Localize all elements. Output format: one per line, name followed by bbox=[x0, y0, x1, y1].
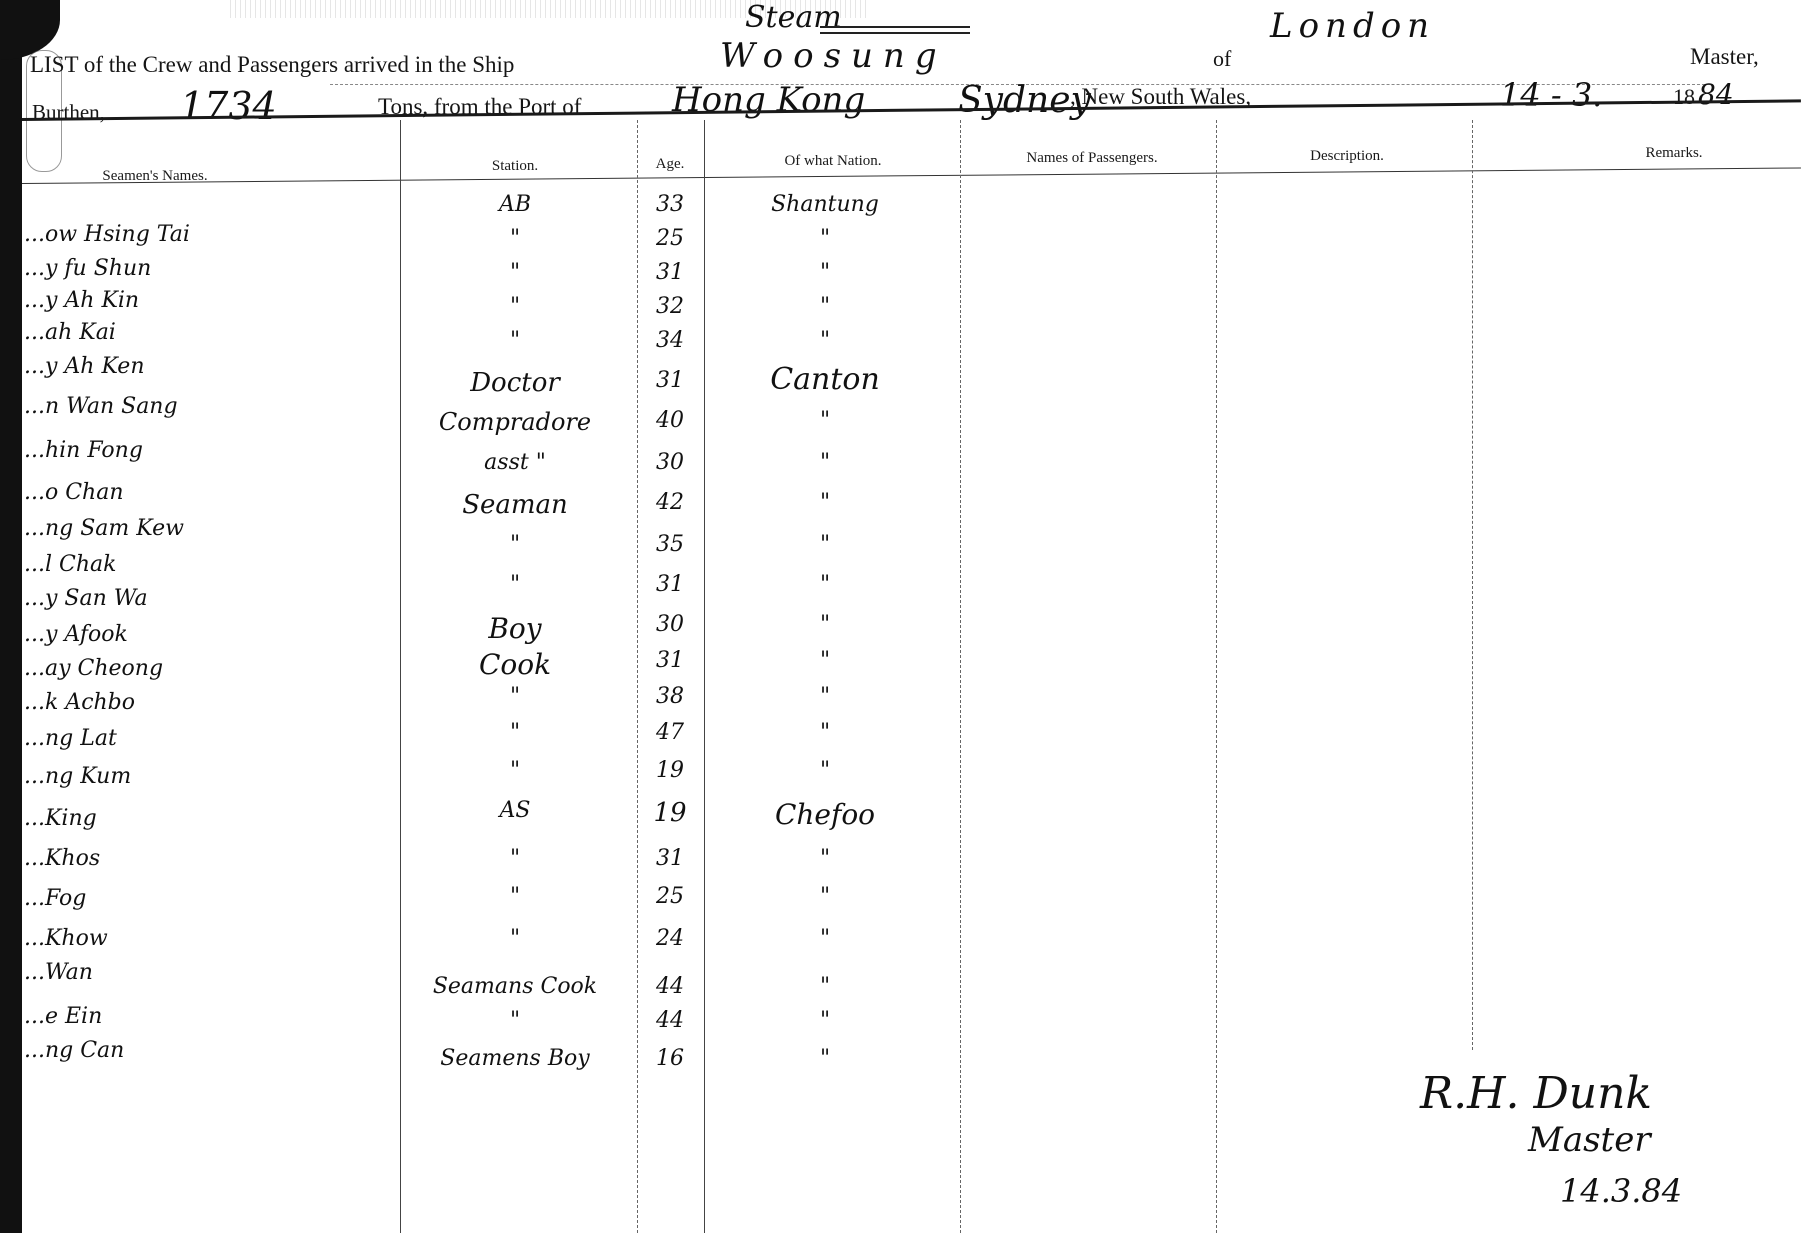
nation: " bbox=[715, 926, 935, 951]
master-label: Master, bbox=[1690, 44, 1759, 70]
nation: " bbox=[715, 1046, 935, 1071]
table-row: ...ng Kum " 19 " bbox=[0, 758, 1801, 790]
from-port: Hong Kong bbox=[672, 80, 865, 120]
col-header-remarks: Remarks. bbox=[1645, 145, 1702, 162]
age: 44 bbox=[640, 1008, 700, 1033]
col-header-seamens-names: Seamen's Names. bbox=[102, 168, 207, 185]
age: 24 bbox=[640, 926, 700, 951]
table-row: ...n Wan Sang Doctor 31 Canton bbox=[0, 368, 1801, 400]
year-suffix: 84 bbox=[1698, 78, 1734, 111]
title-prefix: LIST of the Crew and Passengers arrived … bbox=[30, 52, 514, 78]
header-bottom-rule bbox=[22, 167, 1801, 184]
table-row: ...Khos " 31 " bbox=[0, 846, 1801, 878]
age: 31 bbox=[640, 368, 700, 393]
double-rule bbox=[820, 26, 970, 34]
seaman-name: ...ng Kum bbox=[24, 764, 131, 789]
station: " bbox=[400, 572, 630, 597]
col-header-description: Description. bbox=[1310, 148, 1384, 165]
seaman-name: ...y Afook bbox=[24, 622, 128, 647]
station: " bbox=[400, 926, 630, 951]
table-row: ...ah Kai " 32 " bbox=[0, 294, 1801, 326]
arrival-date: 14 - 3. bbox=[1500, 76, 1602, 114]
station: Cook bbox=[400, 648, 630, 681]
col-header-station: Station. bbox=[492, 158, 538, 175]
age: 30 bbox=[640, 450, 700, 475]
station: Compradore bbox=[400, 408, 630, 436]
burthen-label: Burthen, bbox=[32, 100, 105, 125]
station: AB bbox=[400, 192, 630, 217]
nation: Shantung bbox=[715, 192, 935, 217]
nation: " bbox=[715, 884, 935, 909]
nation: " bbox=[715, 328, 935, 353]
seaman-name: ...Khow bbox=[24, 926, 108, 951]
age: 25 bbox=[640, 884, 700, 909]
of-label: of bbox=[1213, 46, 1231, 72]
age: 19 bbox=[640, 798, 700, 828]
year-prefix: 18 bbox=[1673, 84, 1695, 110]
nation: " bbox=[715, 648, 935, 673]
station: asst " bbox=[400, 450, 630, 475]
age: 32 bbox=[640, 294, 700, 319]
station: AS bbox=[400, 798, 630, 823]
station: " bbox=[400, 294, 630, 319]
station: " bbox=[400, 846, 630, 871]
crew-list-document: Steam LIST of the Crew and Passengers ar… bbox=[0, 0, 1801, 1233]
station: " bbox=[400, 758, 630, 783]
age: 25 bbox=[640, 226, 700, 251]
table-row: ...y Ah Kin " 31 " bbox=[0, 260, 1801, 292]
age: 30 bbox=[640, 612, 700, 637]
nation: " bbox=[715, 226, 935, 251]
table-row: ...ow Hsing Tai AB 33 Shantung bbox=[0, 192, 1801, 224]
station: " bbox=[400, 1008, 630, 1033]
seaman-name: ...ay Cheong bbox=[24, 656, 163, 681]
age: 33 bbox=[640, 192, 700, 217]
age: 16 bbox=[640, 1046, 700, 1071]
nation: " bbox=[715, 572, 935, 597]
age: 44 bbox=[640, 974, 700, 999]
table-row: ...King AS 19 Chefoo bbox=[0, 798, 1801, 830]
age: 31 bbox=[640, 572, 700, 597]
station: " bbox=[400, 226, 630, 251]
age: 38 bbox=[640, 684, 700, 709]
station: Seaman bbox=[400, 490, 630, 520]
nation: " bbox=[715, 720, 935, 745]
nation: " bbox=[715, 846, 935, 871]
age: 42 bbox=[640, 490, 700, 515]
age: 31 bbox=[640, 260, 700, 285]
seaman-name: ...ng Can bbox=[24, 1038, 124, 1063]
age: 31 bbox=[640, 846, 700, 871]
home-port: London bbox=[1270, 6, 1435, 46]
nation: Chefoo bbox=[715, 798, 935, 831]
station: " bbox=[400, 720, 630, 745]
table-row: ...y fu Shun " 25 " bbox=[0, 226, 1801, 258]
seaman-name: ...Wan bbox=[24, 960, 93, 985]
station: " bbox=[400, 684, 630, 709]
seaman-name: ...y San Wa bbox=[24, 586, 148, 611]
table-row: ...ng Sam Kew Seaman 42 " bbox=[0, 490, 1801, 522]
nation: " bbox=[715, 532, 935, 557]
table-row: ...y San Wa " 31 " bbox=[0, 572, 1801, 604]
station: " bbox=[400, 260, 630, 285]
table-row: ...k Achbo " 38 " bbox=[0, 684, 1801, 716]
table-row: ...Fog " 25 " bbox=[0, 884, 1801, 916]
col-header-nation: Of what Nation. bbox=[784, 153, 881, 170]
table-row: ...o Chan asst " 30 " bbox=[0, 450, 1801, 482]
master-signature: R.H. Dunk bbox=[1420, 1068, 1652, 1119]
signature-title: Master bbox=[1528, 1120, 1651, 1160]
seaman-name: ...King bbox=[24, 806, 97, 831]
nation: " bbox=[715, 974, 935, 999]
table-row: ...y Ah Ken " 34 " bbox=[0, 328, 1801, 360]
nation: Canton bbox=[715, 362, 935, 397]
nation: " bbox=[715, 758, 935, 783]
seaman-name: ...Khos bbox=[24, 846, 100, 871]
nation: " bbox=[715, 408, 935, 433]
seaman-name: ...k Achbo bbox=[24, 690, 135, 715]
table-row: ...ay Cheong Cook 31 " bbox=[0, 648, 1801, 680]
station: " bbox=[400, 884, 630, 909]
station: Seamans Cook bbox=[400, 974, 630, 999]
ship-name: Woosung bbox=[720, 36, 947, 76]
table-row: ...e Ein " 44 " bbox=[0, 1008, 1801, 1040]
station: " bbox=[400, 532, 630, 557]
table-row: ...Wan Seamans Cook 44 " bbox=[0, 974, 1801, 1006]
station: Doctor bbox=[400, 368, 630, 398]
nation: " bbox=[715, 294, 935, 319]
age: 31 bbox=[640, 648, 700, 673]
nation: " bbox=[715, 1008, 935, 1033]
table-row: ...Khow " 24 " bbox=[0, 926, 1801, 958]
col-header-passengers: Names of Passengers. bbox=[1026, 150, 1157, 167]
age: 34 bbox=[640, 328, 700, 353]
tonnage: 1734 bbox=[180, 84, 277, 128]
signature-date: 14.3.84 bbox=[1560, 1172, 1682, 1210]
table-row: ...hin Fong Compradore 40 " bbox=[0, 408, 1801, 440]
station: Boy bbox=[400, 612, 630, 645]
nation: " bbox=[715, 684, 935, 709]
seaman-name: ...e Ein bbox=[24, 1004, 102, 1029]
seaman-name: ...Fog bbox=[24, 886, 86, 911]
nation: " bbox=[715, 450, 935, 475]
table-row: ...l Chak " 35 " bbox=[0, 532, 1801, 564]
nation: " bbox=[715, 260, 935, 285]
col-header-age: Age. bbox=[656, 156, 685, 173]
age: 40 bbox=[640, 408, 700, 433]
table-row: ...ng Lat " 47 " bbox=[0, 720, 1801, 752]
age: 19 bbox=[640, 758, 700, 783]
station: " bbox=[400, 328, 630, 353]
station: Seamens Boy bbox=[400, 1046, 630, 1071]
age: 47 bbox=[640, 720, 700, 745]
table-row: ...y Afook Boy 30 " bbox=[0, 612, 1801, 644]
age: 35 bbox=[640, 532, 700, 557]
nation: " bbox=[715, 612, 935, 637]
nation: " bbox=[715, 490, 935, 515]
seaman-name: ...ng Lat bbox=[24, 726, 117, 751]
